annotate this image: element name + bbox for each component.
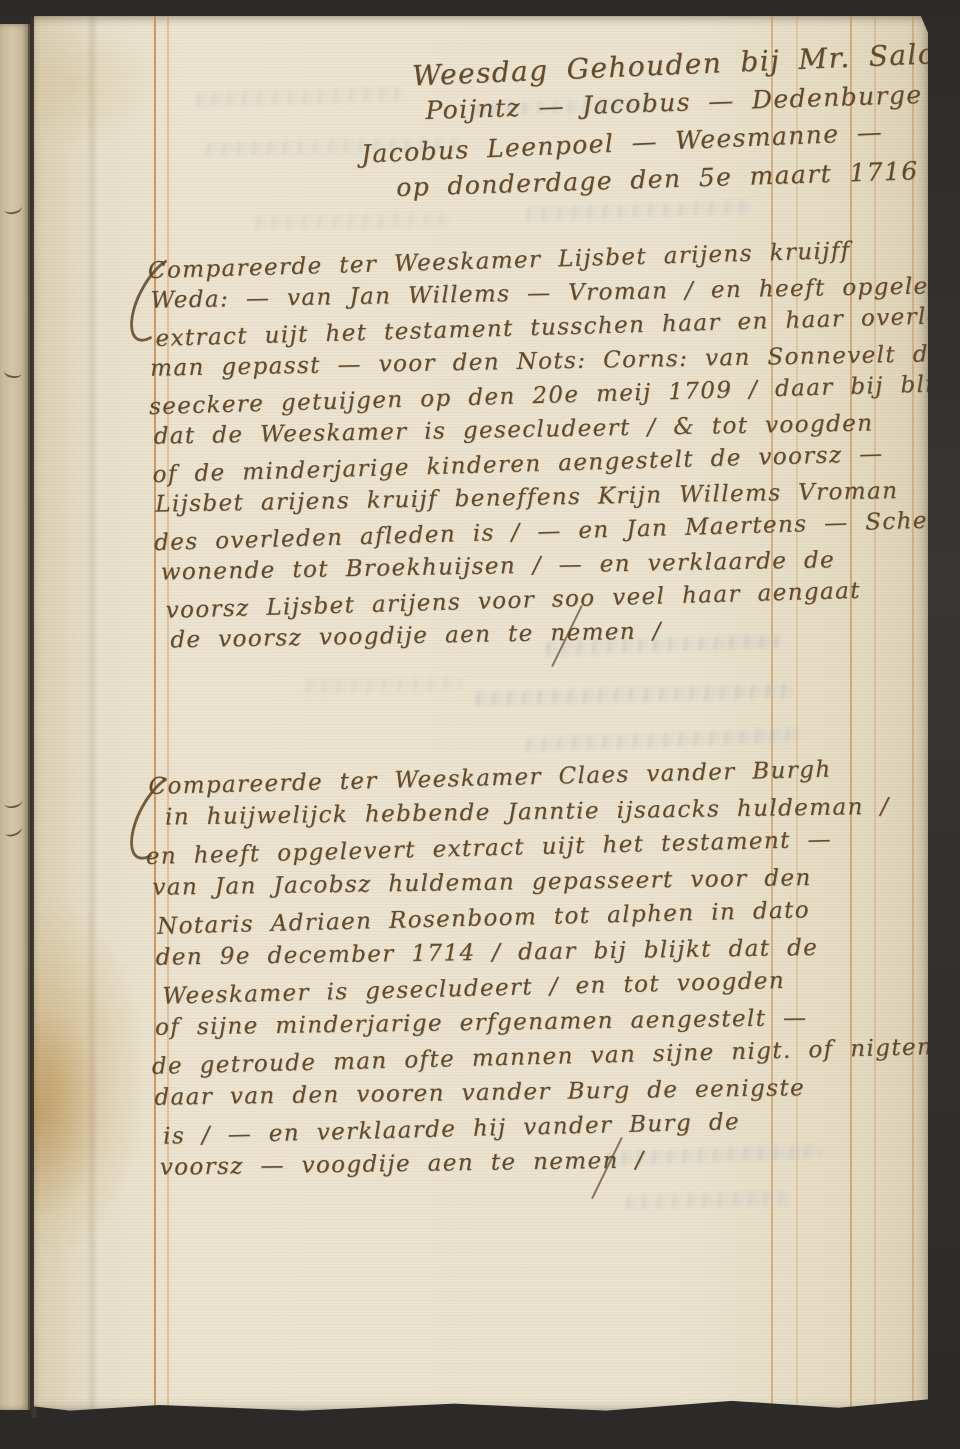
prev-page-ink-mark bbox=[2, 821, 23, 838]
ink-bleedthrough bbox=[302, 677, 462, 694]
manuscript-page: Weesdag Gehouden bij Mr. Salomon Poijntz… bbox=[34, 16, 928, 1412]
fold-crease bbox=[86, 16, 98, 1412]
ink-bleedthrough bbox=[522, 200, 752, 222]
margin-ruling-line bbox=[874, 16, 876, 1412]
ink-bleedthrough bbox=[622, 1191, 792, 1209]
scanned-manuscript: Weesdag Gehouden bij Mr. Salomon Poijntz… bbox=[0, 0, 960, 1449]
ink-bleedthrough bbox=[522, 728, 802, 752]
prev-page-ink-mark bbox=[3, 365, 22, 379]
margin-ruling-line bbox=[912, 16, 914, 1412]
previous-page-edge bbox=[0, 24, 30, 1410]
entry-paragraph-2: Compareerde ter Weeskamer Claes vander B… bbox=[148, 753, 936, 1188]
margin-ruling-line bbox=[154, 16, 156, 1412]
margin-ruling-line bbox=[796, 16, 798, 1412]
entry-paragraph-1: Compareerde ter Weeskamer Lijsbet arijen… bbox=[147, 233, 960, 660]
session-heading: Weesdag Gehouden bij Mr. Salomon Poijntz… bbox=[349, 34, 960, 210]
prev-page-ink-mark bbox=[3, 794, 23, 809]
margin-ruling-line bbox=[850, 16, 852, 1412]
prev-page-ink-mark bbox=[3, 200, 23, 215]
ink-bleedthrough bbox=[252, 212, 452, 229]
margin-ruling-line bbox=[167, 16, 169, 1412]
ink-bleedthrough bbox=[472, 684, 792, 706]
